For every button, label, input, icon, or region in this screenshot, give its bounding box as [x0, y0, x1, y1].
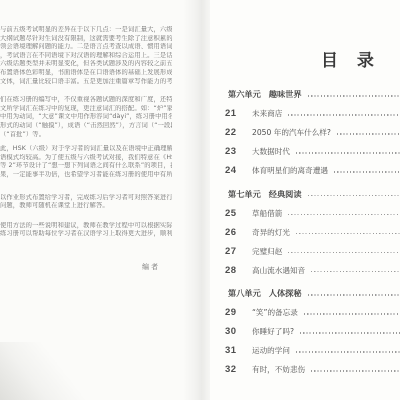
toc-lesson-title: 2050 年的汽车什么样?	[252, 127, 331, 138]
preface-line: 此，HSK（六级）对于学习者的词汇量以及在语境中正确理解词义	[0, 145, 172, 154]
toc-lesson-number: 28	[225, 265, 252, 276]
preface-line: 中用为动词，“大意”课文中用作形容词“dàyi”，练习册中用名	[0, 113, 172, 122]
toc-lesson-row: 25 草船借箭	[210, 204, 400, 223]
toc-lesson-title: 未来商店	[252, 108, 282, 119]
preface-signature: 编者	[0, 262, 172, 272]
preface-line: 大纲试题尽针对生词没有限制，这就需要考生除了注意积累的日常	[0, 35, 172, 44]
toc-lesson-title: 草船借箭	[252, 208, 282, 219]
preface-line: 六级话题类型并未明显变化，但各类试题涉及的内容较之前五级	[0, 60, 172, 69]
toc-lesson-title: 高山流水遇知音	[252, 265, 305, 276]
toc-unit-row: 第七单元 经典阅读	[210, 185, 400, 204]
dotted-leader	[304, 313, 400, 314]
toc-lesson-number: 26	[225, 227, 252, 238]
preface-line: 使用方法的一些说明和建议，教师在教学过程中可以根据实际情	[0, 222, 172, 231]
dotted-leader	[288, 214, 400, 215]
toc-lesson-title: 你睡好了吗?	[252, 326, 294, 337]
toc-lesson-row: 22 2050 年的汽车什么样?	[210, 123, 400, 142]
dotted-leader	[308, 294, 400, 295]
toc-lesson-row: 23 大数据时代	[210, 142, 400, 161]
dotted-leader	[288, 252, 400, 253]
toc-lesson-number: 32	[225, 364, 252, 375]
preface-paragraph: 与前五级考试明显的差异在于以下几点：一是词汇量大，六级新大纲试题尽针对生词没有限…	[0, 26, 172, 86]
toc-lesson-row: 28 高山流水遇知音	[210, 261, 400, 280]
toc-unit-name: 人体探秘	[269, 288, 302, 299]
preface-text-block: 与前五级考试明显的差异在于以下几点：一是词汇量大，六级新大纲试题尽针对生词没有限…	[0, 26, 172, 239]
book-spread: 与前五级考试明显的差异在于以下几点：一是词汇量大，六级新大纲试题尽针对生词没有限…	[0, 0, 400, 400]
toc-lesson-title: 完璧归赵	[252, 246, 282, 257]
toc-lesson-row: 26 奇异的灯光	[210, 223, 400, 242]
toc-lesson-row: 21 未来商店	[210, 104, 400, 123]
preface-line: 以作业形式布置给学习者，完成练习后学习者可对照答案进行自学	[0, 194, 172, 203]
preface-line: 文体，词汇量比较口语丰富。五是更加注重篇章写作能力的考察。	[0, 78, 172, 87]
dotted-leader	[296, 351, 400, 352]
dotted-leader	[296, 152, 400, 153]
preface-line: 布置语体色彩明显，书面语体是在口语语体的基础上发展形成的，	[0, 69, 172, 78]
toc-lesson-title: 运动的学问	[252, 345, 290, 356]
toc-page: 目 录 第六单元 趣味世界 21 未来商店 22 2050 年的汽车什么样? 2…	[210, 0, 400, 400]
toc-lesson-row: 27 完璧归赵	[210, 242, 400, 261]
toc-lesson-title: “笑”的备忘录	[252, 307, 298, 318]
toc-lesson-number: 25	[225, 208, 252, 219]
toc-lesson-row: 30 你睡好了吗?	[210, 322, 400, 341]
preface-line: 果，一定能事半功倍，也希望学习者能在练习册的使用中有所	[0, 171, 172, 180]
preface-paragraph: 此，HSK（六级）对于学习者的词汇量以及在语境中正确理解词义语模式均较高。为了使…	[0, 145, 172, 179]
preface-line: 等 2”环节设计了“想一想下列词语之间有什么联系”的项目，我	[0, 162, 172, 171]
preface-paragraph: 使用方法的一些说明和建议，教师在教学过程中可以根据实际情练习册可以帮助每位学习者…	[0, 222, 172, 239]
preface-paragraph: 以作业形式布置给学习者，完成练习后学习者可对照答案进行自学问题，教师可随机在课堂…	[0, 194, 172, 211]
toc-lesson-row: 32 有时，不妨悲伤	[210, 360, 400, 379]
preface-line: 领会语境理解问题的能力。二是语言点考查以成语、惯用语词以	[0, 43, 172, 52]
toc-unit-number: 第八单元	[228, 288, 261, 299]
toc-unit-row: 第六单元 趣味世界	[210, 85, 400, 104]
toc-lesson-title: 体育明星们的离奇遭遇	[252, 165, 328, 176]
dotted-leader	[288, 114, 400, 115]
preface-line: 们在练习册的编写中，不仅重视各题试题的深度和广度，还特别	[0, 96, 172, 105]
preface-line: 练习册可以帮助每位学习者在汉语学习上取得更大进步，顺利通	[0, 230, 172, 239]
toc-lesson-title: 奇异的灯光	[252, 227, 290, 238]
preface-page: 与前五级考试明显的差异在于以下几点：一是词汇量大，六级新大纲试题尽针对生词没有限…	[0, 0, 196, 400]
preface-line: 语模式均较高。为了使五级与六级考试对接，我们特意在《HSK	[0, 154, 172, 163]
preface-line: ，考试语言在不同语境下对汉语的理解和综合运用上。三是话题	[0, 52, 172, 61]
toc-title: 目 录	[321, 46, 375, 71]
toc-unit-name: 经典阅读	[269, 189, 302, 200]
toc-lesson-number: 21	[225, 108, 252, 119]
toc-lesson-row: 29 “笑”的备忘录	[210, 303, 400, 322]
toc-lesson-number: 24	[225, 165, 252, 176]
dotted-leader	[308, 195, 400, 196]
toc-unit-row: 第八单元 人体探秘	[210, 284, 400, 303]
toc-lesson-title: 有时，不妨悲伤	[252, 364, 305, 375]
dotted-leader	[311, 271, 400, 272]
toc-lesson-number: 30	[225, 326, 252, 337]
dotted-leader	[308, 95, 400, 96]
preface-line: 与前五级考试明显的差异在于以下几点：一是词汇量大，六级新	[0, 26, 172, 35]
toc-unit-name: 趣味世界	[269, 89, 302, 100]
toc-unit-number: 第七单元	[228, 189, 261, 200]
toc-lesson-title: 大数据时代	[252, 146, 290, 157]
preface-line: 形式的动词（“触摸”），成语（“击然回然”），方言词（“一段段	[0, 122, 172, 131]
preface-line: （“首批”）等。	[0, 131, 172, 140]
preface-line: 文所学词汇在练习中的复现，更注意词汇的搭配。如：“炉”家里	[0, 105, 172, 114]
toc-list: 第六单元 趣味世界 21 未来商店 22 2050 年的汽车什么样? 23 大数…	[210, 85, 400, 379]
page-corner-shadow	[0, 342, 95, 400]
preface-line: 问题，教师可随机在课堂上进行解答。	[0, 202, 172, 211]
toc-lesson-number: 22	[225, 127, 252, 138]
preface-paragraph: 们在练习册的编写中，不仅重视各题试题的深度和广度，还特别文所学词汇在练习中的复现…	[0, 96, 172, 139]
toc-lesson-row: 24 体育明星们的离奇遭遇	[210, 161, 400, 180]
dotted-leader	[334, 171, 400, 172]
dotted-leader	[337, 133, 400, 134]
toc-unit-number: 第六单元	[228, 89, 261, 100]
toc-lesson-number: 29	[225, 307, 252, 318]
toc-lesson-number: 27	[225, 246, 252, 257]
dotted-leader	[296, 233, 400, 234]
dotted-leader	[311, 370, 400, 371]
toc-lesson-number: 23	[225, 146, 252, 157]
dotted-leader	[300, 332, 400, 333]
toc-lesson-row: 31 运动的学问	[210, 341, 400, 360]
toc-lesson-number: 31	[225, 345, 252, 356]
